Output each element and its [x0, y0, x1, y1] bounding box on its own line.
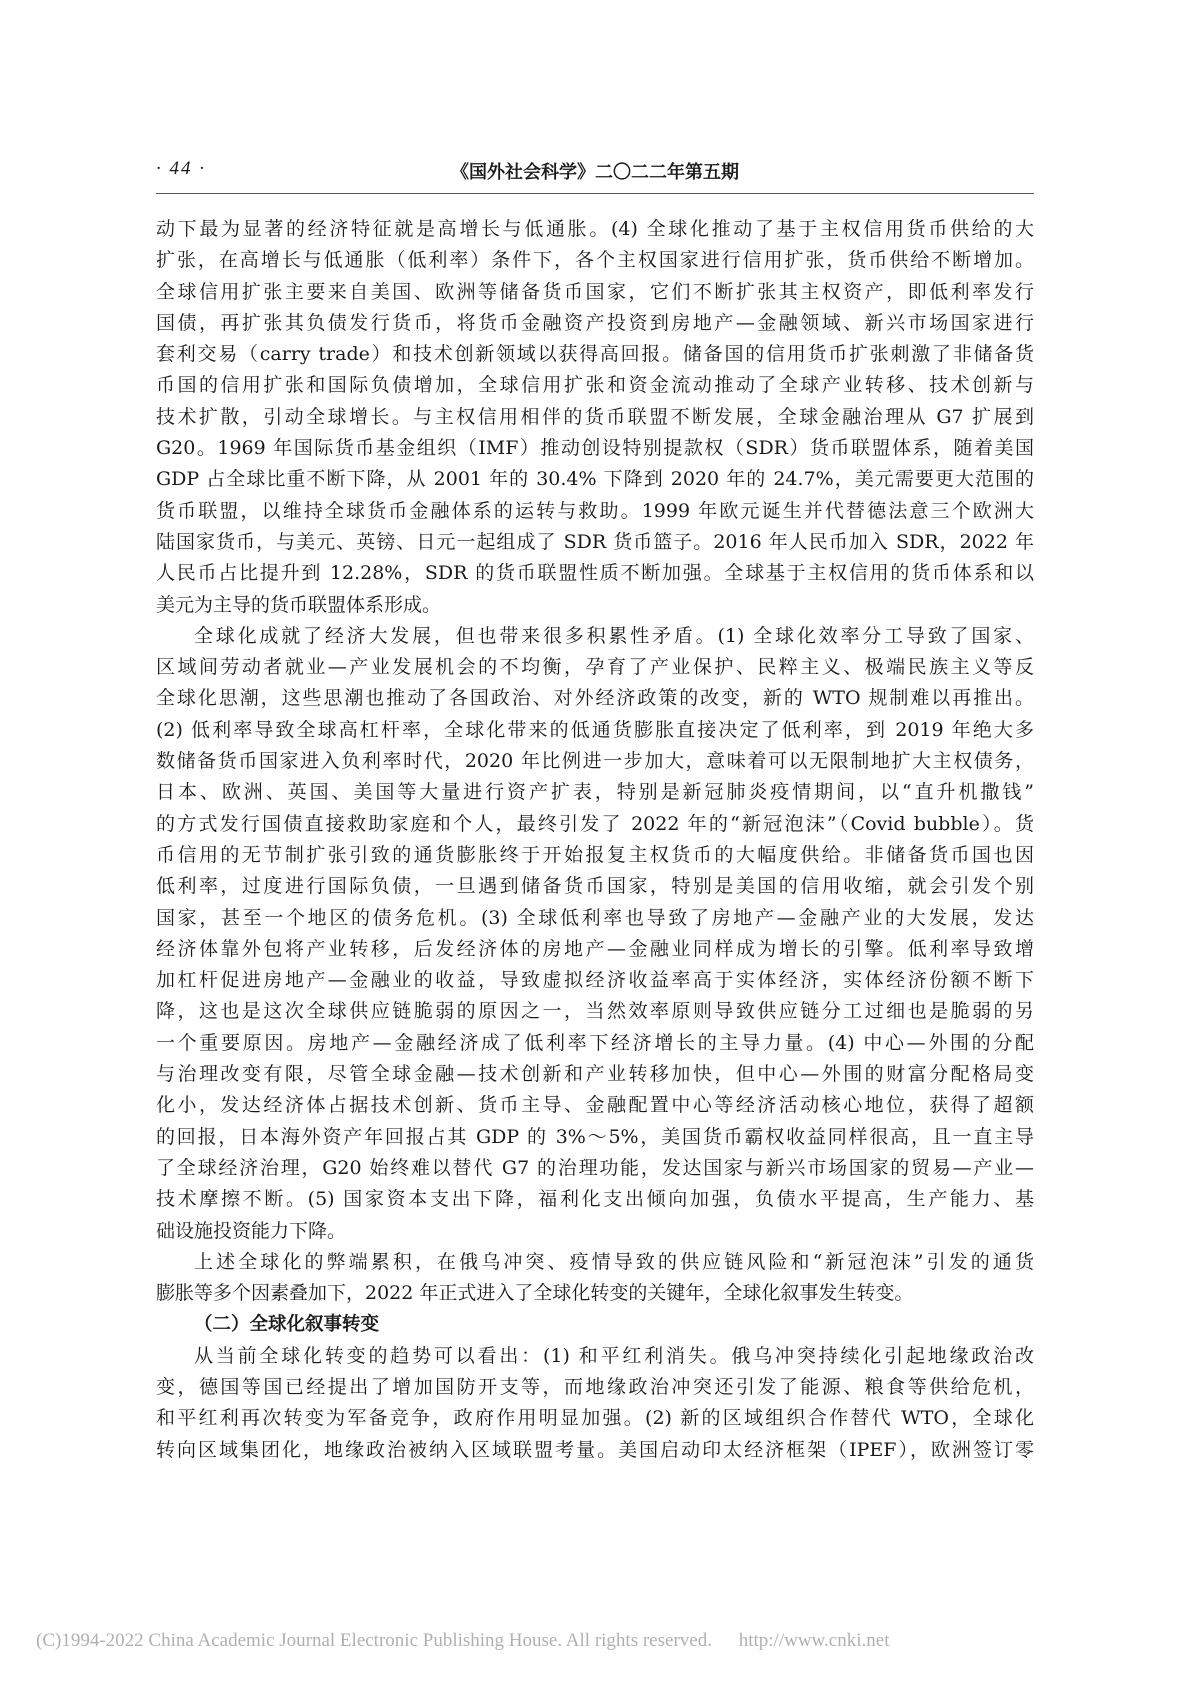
text-line: 膨胀等多个因素叠加下，2022 年正式进入了全球化转变的关键年，全球化叙事发生转…: [156, 1278, 1034, 1309]
text-line: 加杠杆促进房地产—金融业的收益，导致虚拟经济收益率高于实体经济，实体经济份额不断…: [156, 965, 1034, 996]
paragraph-start: 全球化成就了经济大发展，但也带来很多积累性矛盾。(1) 全球化效率分工导致了国家…: [156, 621, 1034, 652]
text-line: 套利交易（carry trade）和技术创新领域以获得高回报。储备国的信用货币扩…: [156, 339, 1034, 370]
copyright-text: (C)1994-2022 China Academic Journal Elec…: [36, 1630, 712, 1651]
text-line: 陆国家货币，与美元、英镑、日元一起组成了 SDR 货币篮子。2016 年人民币加…: [156, 527, 1034, 558]
text-line: 全球信用扩张主要来自美国、欧洲等储备货币国家，它们不断扩张其主权资产，即低利率发…: [156, 277, 1034, 308]
text-line: 扩张，在高增长与低通胀（低利率）条件下，各个主权国家进行信用扩张，货币供给不断增…: [156, 245, 1034, 276]
text-line: 区域间劳动者就业—产业发展机会的不均衡，孕育了产业保护、民粹主义、极端民族主义等…: [156, 652, 1034, 683]
running-title: 《国外社会科学》二〇二二年第五期: [156, 158, 1034, 184]
text-line: 技术摩擦不断。(5) 国家资本支出下降，福利化支出倾向加强，负债水平提高，生产能…: [156, 1184, 1034, 1215]
text-line: 的回报，日本海外资产年回报占其 GDP 的 3%～5%，美国货币霸权收益同样很高…: [156, 1122, 1034, 1153]
text-line: 全球化思潮，这些思潮也推动了各国政治、对外经济政策的改变，新的 WTO 规制难以…: [156, 683, 1034, 714]
text-line: 日本、欧洲、英国、美国等大量进行资产扩表，特别是新冠肺炎疫情期间，以“直升机撒钱…: [156, 777, 1034, 808]
cnki-url[interactable]: http://www.cnki.net: [739, 1630, 890, 1651]
text-line: 美元为主导的货币联盟体系形成。: [156, 590, 1034, 621]
text-line: 货币联盟，以维持全球货币金融体系的运转与救助。1999 年欧元诞生并代替德法意三…: [156, 496, 1034, 527]
text-line: 的方式发行国债直接救助家庭和个人，最终引发了 2022 年的“新冠泡沫”（Cov…: [156, 809, 1034, 840]
text-line: 和平红利再次转变为军备竞争，政府作用明显加强。(2) 新的区域组织合作替代 WT…: [156, 1403, 1034, 1434]
text-line: 变，德国等国已经提出了增加国防开支等，而地缘政治冲突还引发了能源、粮食等供给危机…: [156, 1372, 1034, 1403]
text-line: 与治理改变有限，尽管全球金融—技术创新和产业转移加快，但中心—外围的财富分配格局…: [156, 1059, 1034, 1090]
copyright-footer: (C)1994-2022 China Academic Journal Elec…: [36, 1630, 889, 1652]
text-line: (2) 低利率导致全球高杠杆率，全球化带来的低通货膨胀直接决定了低利率，到 20…: [156, 715, 1034, 746]
text-line: 动下最为显著的经济特征就是高增长与低通胀。(4) 全球化推动了基于主权信用货币供…: [156, 214, 1034, 245]
paragraph-start: 从当前全球化转变的趋势可以看出：(1) 和平红利消失。俄乌冲突持续化引起地缘政治…: [156, 1341, 1034, 1372]
text-line: 一个重要原因。房地产—金融经济成了低利率下经济增长的主导力量。(4) 中心—外围…: [156, 1028, 1034, 1059]
header-rule: [156, 193, 1034, 194]
page-header: · 44 · 《国外社会科学》二〇二二年第五期: [156, 158, 1034, 188]
text-line: GDP 占全球比重不断下降，从 2001 年的 30.4% 下降到 2020 年…: [156, 464, 1034, 495]
text-line: 了全球经济治理，G20 始终难以替代 G7 的治理功能，发达国家与新兴市场国家的…: [156, 1153, 1034, 1184]
text-line: 化小，发达经济体占据技术创新、货币主导、金融配置中心等经济活动核心地位，获得了超…: [156, 1090, 1034, 1121]
text-line: 经济体靠外包将产业转移，后发经济体的房地产—金融业同样成为增长的引擎。低利率导致…: [156, 934, 1034, 965]
text-line: 数储备货币国家进入负利率时代，2020 年比例进一步加大，意味着可以无限制地扩大…: [156, 746, 1034, 777]
text-line: 币国的信用扩张和国际负债增加，全球信用扩张和资金流动推动了全球产业转移、技术创新…: [156, 370, 1034, 401]
text-line: 人民币占比提升到 12.28%，SDR 的货币联盟性质不断加强。全球基于主权信用…: [156, 558, 1034, 589]
text-line: G20。1969 年国际货币基金组织（IMF）推动创设特别提款权（SDR）货币联…: [156, 433, 1034, 464]
paragraph-start: 上述全球化的弊端累积，在俄乌冲突、疫情导致的供应链风险和“新冠泡沫”引发的通货: [156, 1247, 1034, 1278]
text-line: 技术扩散，引动全球增长。与主权信用相伴的货币联盟不断发展，全球金融治理从 G7 …: [156, 402, 1034, 433]
article-body: 动下最为显著的经济特征就是高增长与低通胀。(4) 全球化推动了基于主权信用货币供…: [156, 214, 1034, 1466]
text-line: 国债，再扩张其负债发行货币，将货币金融资产投资到房地产—金融领域、新兴市场国家进…: [156, 308, 1034, 339]
text-line: 低利率，过度进行国际负债，一旦遇到储备货币国家，特别是美国的信用收缩，就会引发个…: [156, 871, 1034, 902]
text-line: 国家，甚至一个地区的债务危机。(3) 全球低利率也导致了房地产—金融产业的大发展…: [156, 903, 1034, 934]
text-line: 转向区域集团化，地缘政治被纳入区域联盟考量。美国启动印太经济框架（IPEF），欧…: [156, 1435, 1034, 1466]
text-line: 降，这也是这次全球供应链脆弱的原因之一，当然效率原则导致供应链分工过细也是脆弱的…: [156, 996, 1034, 1027]
text-line: 础设施投资能力下降。: [156, 1216, 1034, 1247]
text-line: 币信用的无节制扩张引致的通货膨胀终于开始报复主权货币的大幅度供给。非储备货币国也…: [156, 840, 1034, 871]
section-heading: （二）全球化叙事转变: [156, 1309, 1034, 1340]
